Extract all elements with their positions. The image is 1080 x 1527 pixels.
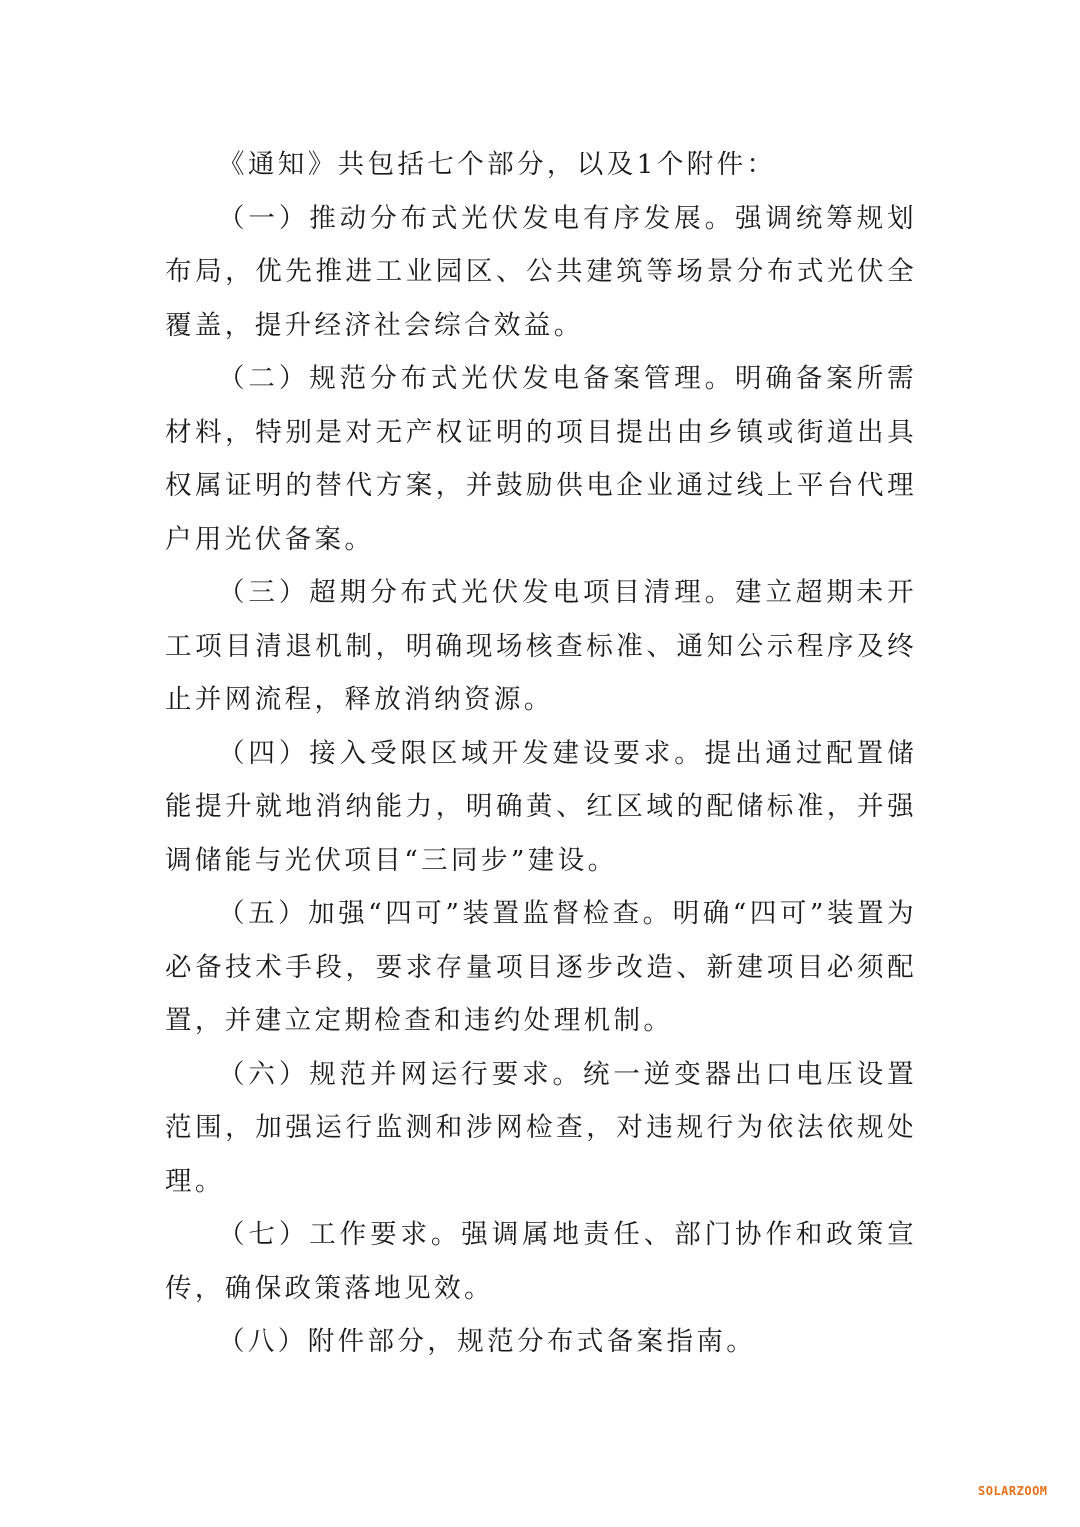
section-8-paragraph: （八）附件部分，规范分布式备案指南。 <box>165 1315 917 1369</box>
section-1-paragraph: （一）推动分布式光伏发电有序发展。强调统筹规划布局，优先推进工业园区、公共建筑等… <box>165 192 917 353</box>
section-5-paragraph: （五）加强“四可”装置监督检查。明确“四可”装置为必备技术手段，要求存量项目逐步… <box>165 887 917 1048</box>
watermark-logo: SOLARZOOM <box>978 1484 1048 1498</box>
section-7-paragraph: （七）工作要求。强调属地责任、部门协作和政策宣传，确保政策落地见效。 <box>165 1208 917 1315</box>
document-body: 《通知》共包括七个部分，以及1个附件： （一）推动分布式光伏发电有序发展。强调统… <box>165 138 917 1369</box>
section-6-paragraph: （六）规范并网运行要求。统一逆变器出口电压设置范围，加强运行监测和涉网检查，对违… <box>165 1048 917 1209</box>
section-3-paragraph: （三）超期分布式光伏发电项目清理。建立超期未开工项目清退机制，明确现场核查标准、… <box>165 566 917 727</box>
section-2-paragraph: （二）规范分布式光伏发电备案管理。明确备案所需材料，特别是对无产权证明的项目提出… <box>165 352 917 566</box>
intro-paragraph: 《通知》共包括七个部分，以及1个附件： <box>165 138 917 192</box>
section-4-paragraph: （四）接入受限区域开发建设要求。提出通过配置储能提升就地消纳能力，明确黄、红区域… <box>165 727 917 888</box>
